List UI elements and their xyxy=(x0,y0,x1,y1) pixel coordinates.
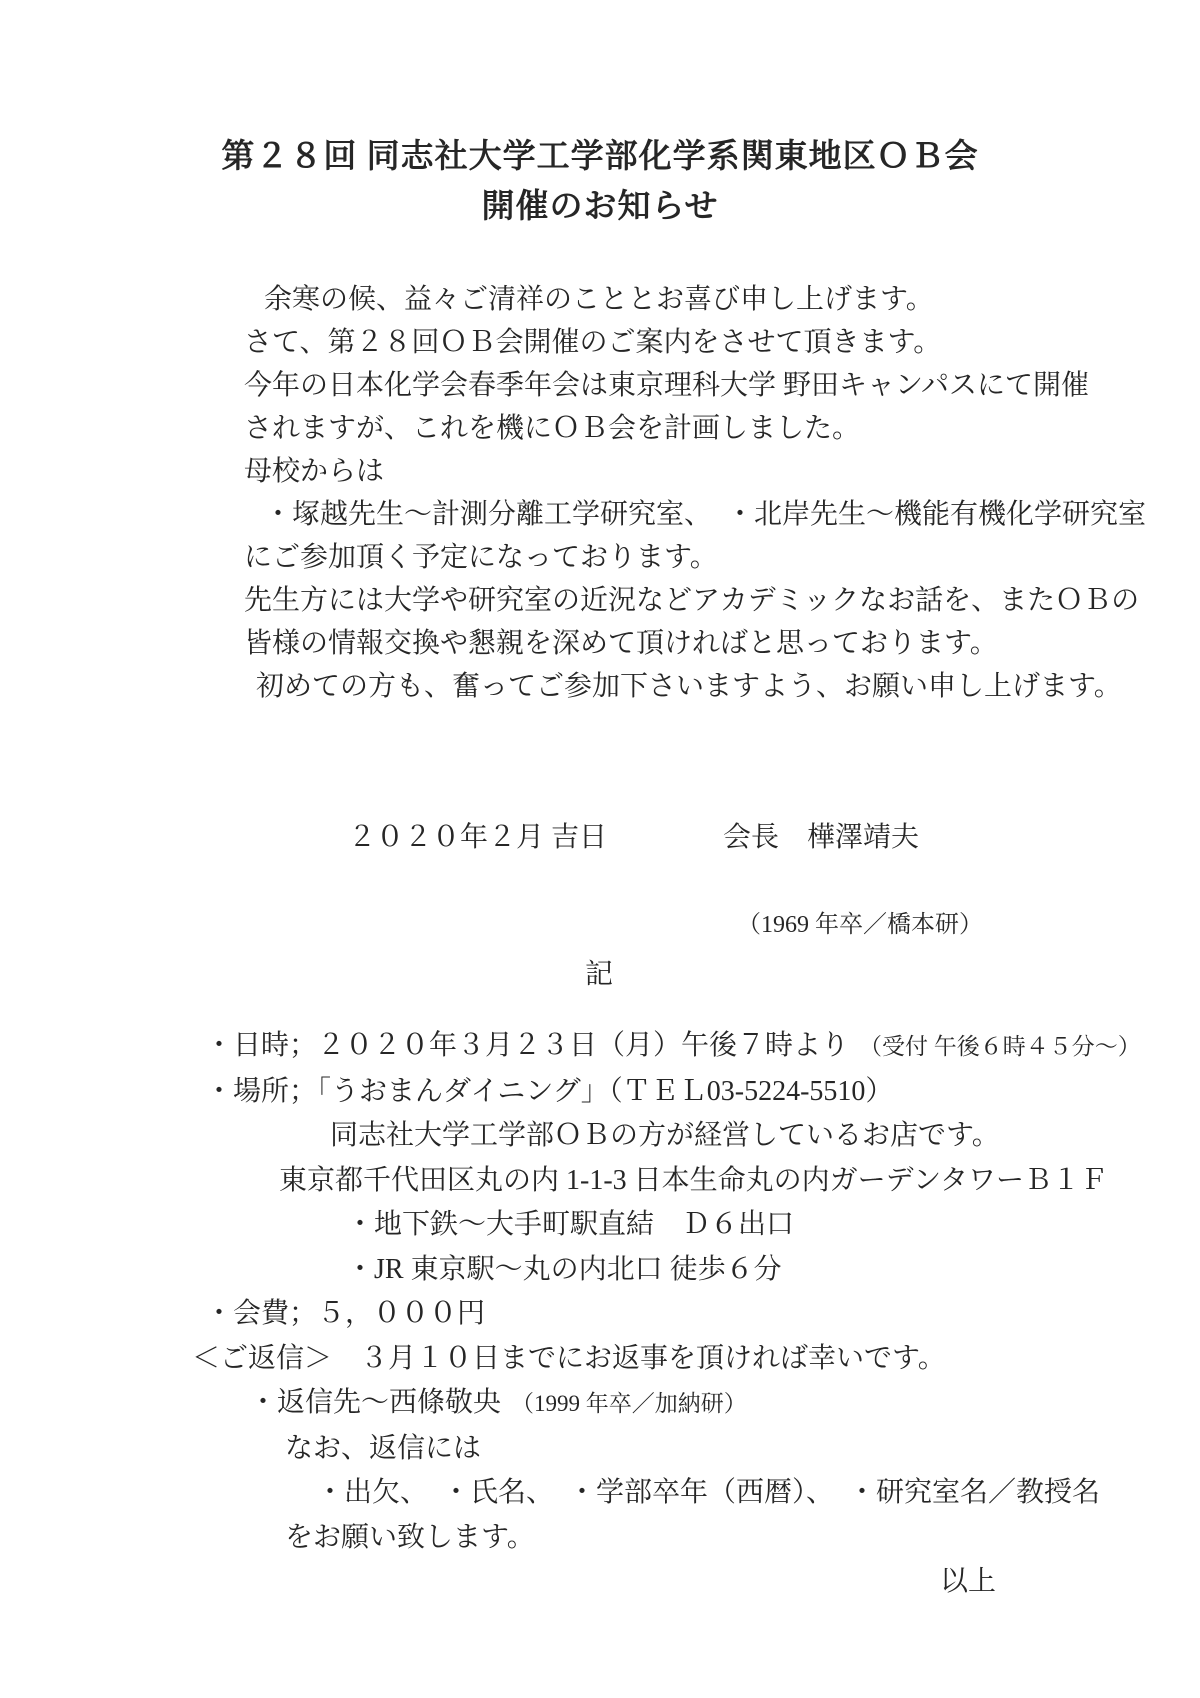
greeting-line: にご参加頂く予定になっております。 xyxy=(0,536,1200,579)
reception-note: （受付 午後６時４５分～） xyxy=(859,1034,1141,1059)
reply-note-outro: をお願い致します。 xyxy=(0,1516,1200,1561)
recipient-name: ・返信先～西條敬央 xyxy=(249,1387,501,1418)
reply-note-intro: なお、返信には xyxy=(0,1427,1200,1472)
document-title: 第２８回 同志社大学工学部化学系関東地区ＯＢ会 開催のお知らせ xyxy=(0,132,1200,232)
fee-line: ・会費；５，０００円 xyxy=(0,1292,1200,1337)
greeting-line: 皆様の情報交換や懇親を深めて頂ければと思っております。 xyxy=(0,622,1200,665)
greeting-line: 余寒の候、益々ご清祥のこととお喜び申し上げます。 xyxy=(0,278,1200,321)
closing-marker: 以上 xyxy=(0,1560,1200,1604)
access-jr: ・JR 東京駅～丸の内北口 徒歩６分 xyxy=(0,1248,1200,1293)
venue-line: ・場所；「うおまんダイニング」（ＴＥＬ03-5224-5510） xyxy=(0,1070,1200,1115)
reply-heading: ＜ご返信＞ ３月１０日までにお返事を頂ければ幸いです。 xyxy=(0,1337,1200,1382)
datetime-main: ・日時；２０２０年３月２３日（月）午後７時より xyxy=(205,1030,849,1061)
greeting-line: されますが、これを機にＯＢ会を計画しました。 xyxy=(0,407,1200,450)
greeting-paragraph: 余寒の候、益々ご清祥のこととお喜び申し上げます。 さて、第２８回ＯＢ会開催のご案… xyxy=(0,278,1200,708)
recipient-note: （1999 年卒／加納研） xyxy=(511,1391,747,1416)
datetime-line: ・日時；２０２０年３月２３日（月）午後７時より（受付 午後６時４５分～） xyxy=(0,1024,1200,1070)
reply-recipient: ・返信先～西條敬央（1999 年卒／加納研） xyxy=(0,1381,1200,1427)
greeting-line: 先生方には大学や研究室の近況などアカデミックなお話を、またＯＢの xyxy=(0,579,1200,622)
reply-required-items: ・出欠、 ・氏名、 ・学部卒年（西暦）、 ・研究室名／教授名 xyxy=(0,1471,1200,1516)
greeting-line: 母校からは xyxy=(0,450,1200,493)
greeting-line: さて、第２８回ＯＢ会開催のご案内をさせて頂きます。 xyxy=(0,321,1200,364)
greeting-line: 今年の日本化学会春季年会は東京理科大学 野田キャンパスにて開催 xyxy=(0,364,1200,407)
venue-address: 東京都千代田区丸の内 1-1-3 日本生命丸の内ガーデンタワーＢ１Ｆ xyxy=(0,1159,1200,1204)
access-subway: ・地下鉄～大手町駅直結 Ｄ６出口 xyxy=(0,1203,1200,1248)
title-line-2: 開催のお知らせ xyxy=(0,182,1200,232)
event-details: ・日時；２０２０年３月２３日（月）午後７時より（受付 午後６時４５分～） ・場所… xyxy=(0,1024,1200,1560)
professors-line: ・塚越先生～計測分離工学研究室、 ・北岸先生～機能有機化学研究室 xyxy=(0,493,1200,536)
title-line-1: 第２８回 同志社大学工学部化学系関東地区ＯＢ会 xyxy=(0,132,1200,182)
greeting-line: 初めての方も、奮ってご参加下さいますよう、お願い申し上げます。 xyxy=(0,665,1200,708)
chairman-name: 会長 樺澤靖夫 xyxy=(723,816,919,859)
record-marker: 記 xyxy=(0,953,1200,996)
venue-description: 同志社大学工学部ＯＢの方が経営しているお店です。 xyxy=(0,1114,1200,1159)
chairman-note: （1969 年卒／橋本研） xyxy=(0,906,1200,945)
signature-row: ２０２０年２月 吉日会長 樺澤靖夫 xyxy=(0,773,1200,902)
issue-date: ２０２０年２月 吉日 xyxy=(348,816,607,859)
announcement-document-page: 第２８回 同志社大学工学部化学系関東地区ＯＢ会 開催のお知らせ 余寒の候、益々ご… xyxy=(0,0,1200,1698)
